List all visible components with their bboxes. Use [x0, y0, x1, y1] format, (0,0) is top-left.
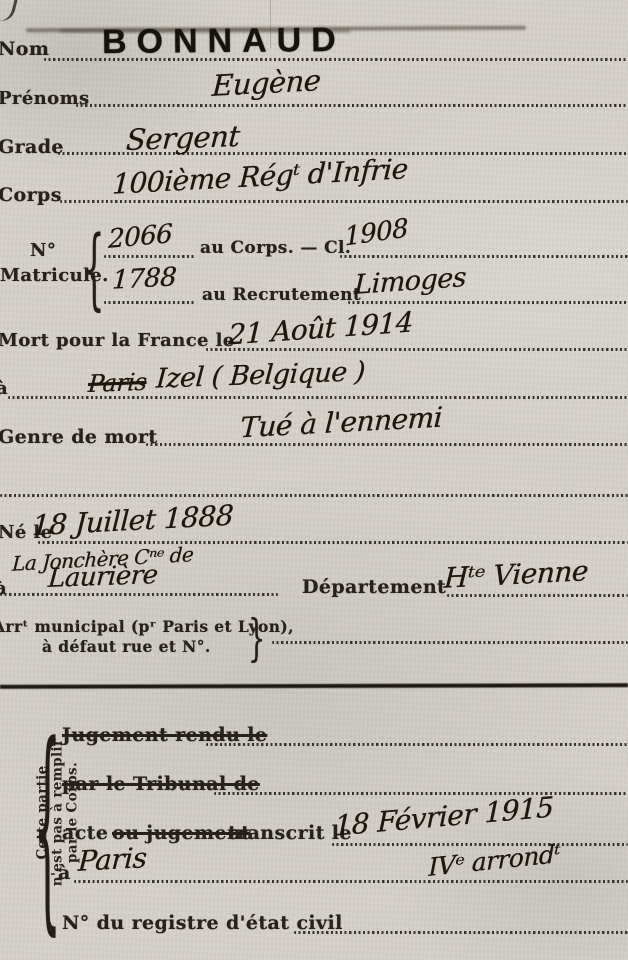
lieu-naissance-line2: Laurière [47, 560, 159, 594]
au-corps-label: au Corps. — Cl. [200, 238, 351, 258]
ne-le-value: 18 Juillet 1888 [31, 499, 234, 543]
dotted-line [76, 104, 628, 107]
grade-value: Sergent [125, 119, 241, 157]
dotted-line [74, 880, 628, 883]
dotted-line [332, 843, 628, 846]
lieu-transcrit-label: à [58, 862, 71, 884]
dotted-line [60, 200, 628, 203]
dotted-line [104, 301, 196, 304]
dotted-line [146, 443, 628, 446]
acte-label: acte [62, 822, 108, 844]
dotted-line [447, 594, 628, 597]
arr-brace: } [248, 613, 265, 663]
section-divider-line [0, 683, 628, 689]
mort-pour-la-france-label: Mort pour la France le [0, 330, 235, 351]
corps-label: Corps [0, 184, 62, 206]
arr-municipal-label-line2: à défaut rue et N°. [42, 637, 211, 656]
dotted-line [0, 593, 278, 596]
dotted-line [340, 255, 628, 258]
classe-value: 1908 [344, 213, 409, 252]
dotted-line [272, 641, 628, 644]
recrutement-value: Limoges [354, 262, 467, 301]
lieu-mort-struck-value: Paris [87, 368, 147, 398]
dotted-line [294, 931, 628, 934]
pen-stroke-mark [0, 0, 18, 24]
grade-label: Grade [0, 136, 64, 158]
mort-date-value: 21 Août 1914 [228, 305, 414, 351]
dotted-line [348, 301, 628, 304]
lieu-mort-value: Izel ( Belgique ) [155, 356, 366, 394]
dotted-line [206, 743, 628, 746]
dotted-line [38, 541, 628, 544]
corps-value: 100ième Régᵗ d'Infrie [111, 152, 408, 201]
transcrit-date-value: 18 Février 1915 [334, 790, 554, 842]
matricule-recrutement-value: 1788 [111, 262, 177, 295]
departement-label: Département [302, 576, 446, 598]
section-brace: { [34, 716, 61, 937]
genre-mort-label: Genre de mort [0, 426, 158, 448]
military-death-record-card: Nom BONNAUD Prénoms Eugène Grade Sergent… [0, 0, 628, 960]
nom-value: BONNAUD [102, 21, 346, 62]
matricule-brace: { [84, 226, 104, 314]
lieu-transcrit-value: Paris [77, 841, 147, 878]
dotted-line [214, 792, 628, 795]
dotted-line [104, 255, 196, 258]
nom-label: Nom [0, 38, 49, 60]
matricule-corps-value: 2066 [108, 219, 172, 255]
departement-value: Hᵗᵉ Vienne [443, 554, 589, 595]
lieu-mort-label: à [0, 378, 8, 399]
matricule-no-label: N° [30, 240, 56, 261]
dotted-line [0, 494, 628, 497]
genre-mort-value: Tué à l'ennemi [239, 401, 443, 445]
au-recrutement-label: au Recrutement [202, 285, 361, 305]
prenoms-value: Eugène [211, 63, 321, 103]
